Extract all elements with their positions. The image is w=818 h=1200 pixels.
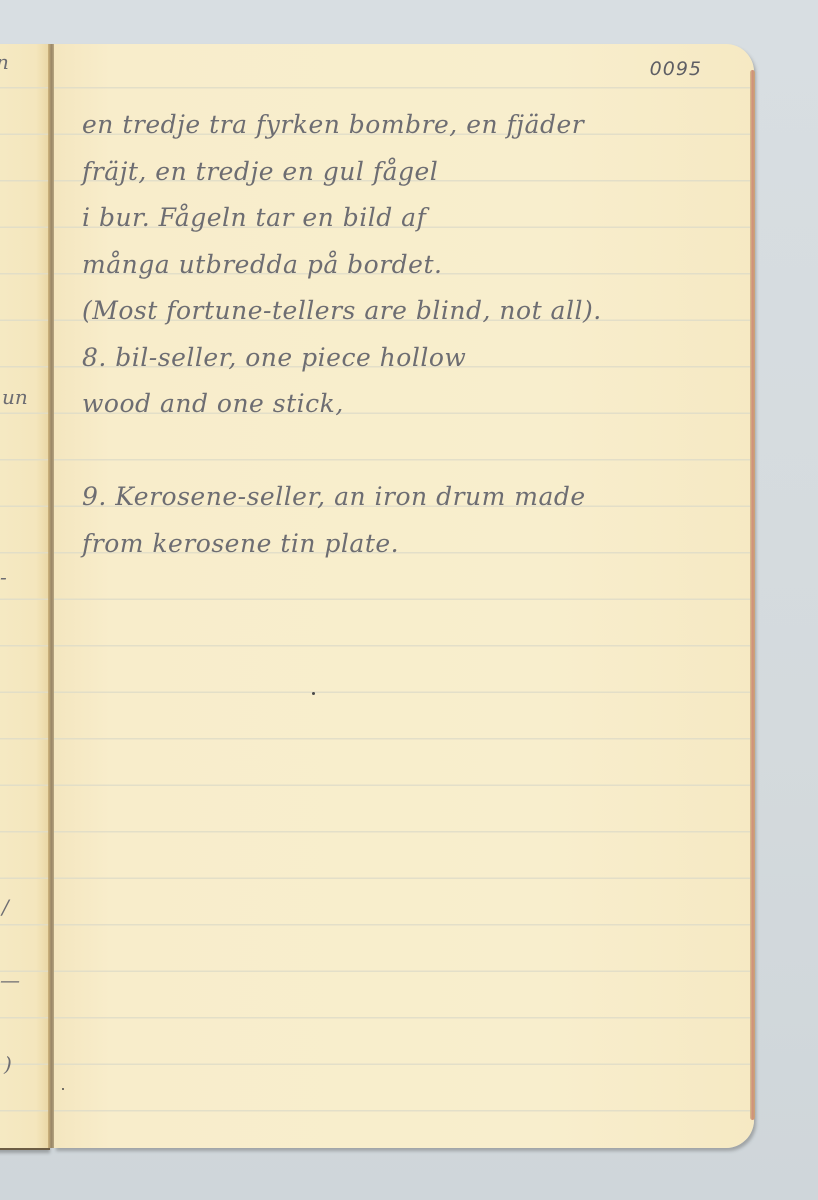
page-edge (750, 70, 755, 1120)
note-line: fräjt, en tredje en gul fågel (82, 149, 722, 196)
left-fragment: ) (4, 1052, 12, 1076)
note-line: många utbredda på bordet. (82, 242, 722, 289)
page-number: 0095 (650, 58, 702, 80)
note-item-9: 9. Kerosene-seller, an iron drum made (82, 474, 722, 521)
note-line: from kerosene tin plate. (82, 521, 722, 568)
note-item-8: 8. bil-seller, one piece hollow (82, 335, 722, 382)
note-line: wood and one stick, (82, 381, 722, 428)
left-fragment: - (0, 565, 7, 589)
right-page: 0095 en tredje tra fyrken bombre, en fjä… (54, 44, 754, 1148)
paper-speck (312, 692, 315, 695)
note-line: i bur. Fågeln tar en bild af (82, 195, 722, 242)
left-fragment: — (0, 968, 20, 992)
left-fragment: n (0, 50, 9, 74)
note-line-fortune-tellers: (Most fortune-tellers are blind, not all… (82, 288, 722, 335)
blank-line (82, 428, 722, 475)
note-line: en tredje tra fyrken bombre, en fjäder (82, 102, 722, 149)
left-fragment: un (2, 385, 28, 409)
left-fragment: / (2, 895, 9, 919)
handwritten-notes: en tredje tra fyrken bombre, en fjäder f… (82, 102, 722, 567)
paper-speck (62, 1088, 64, 1090)
